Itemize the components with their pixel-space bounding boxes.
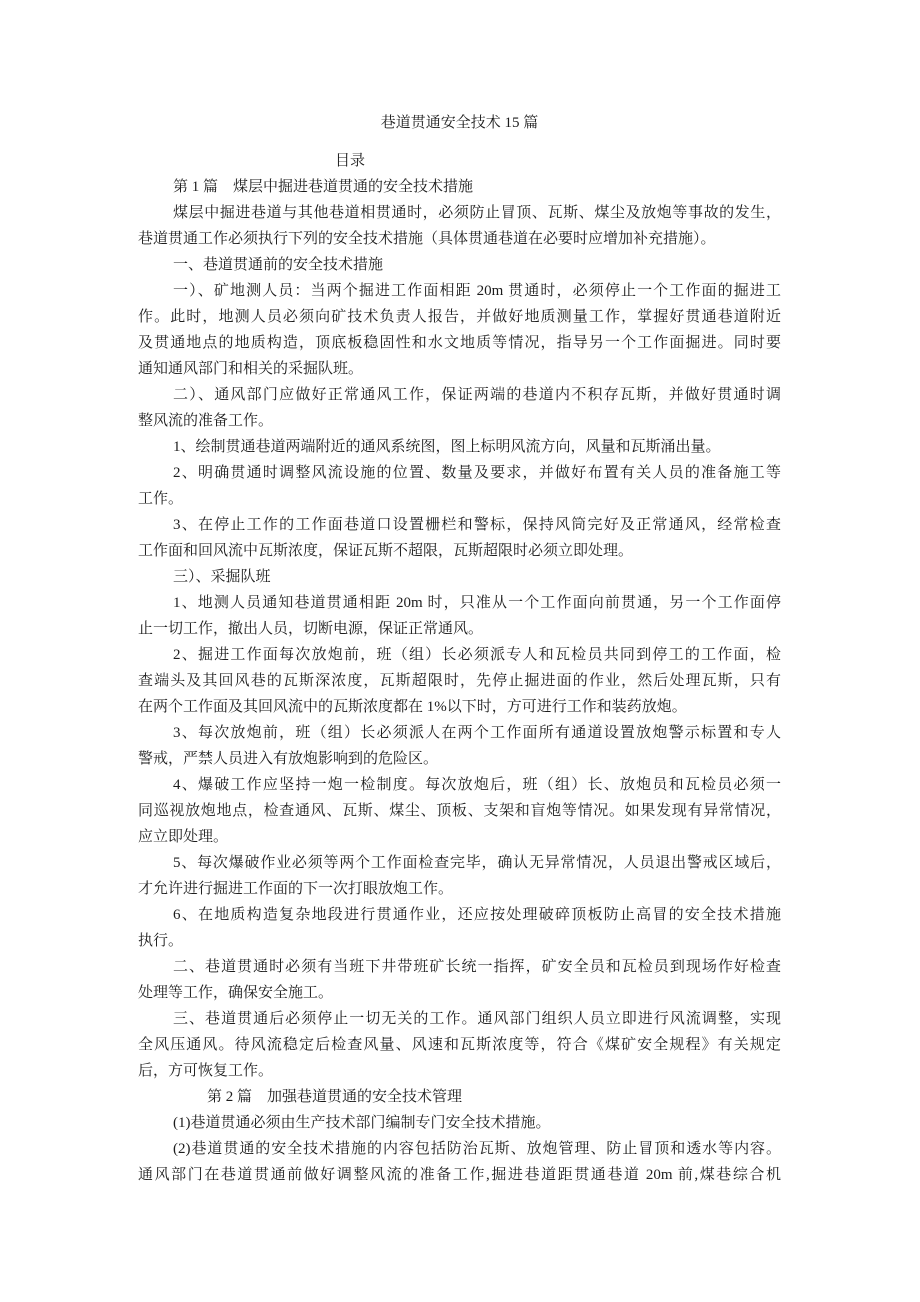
text-line-33: 处理等工作，确保安全施工。 (138, 980, 781, 1006)
text-line-9: 通知通风部门和相关的采掘队班。 (138, 356, 781, 382)
text-line-5: 一、巷道贯通前的安全技术措施 (138, 252, 781, 278)
text-line-11: 整风流的准备工作。 (138, 408, 781, 434)
text-line-25: 4、爆破工作应坚持一炮一检制度。每次放炮后，班（组）长、放炮员和瓦检员必须一 (138, 772, 781, 798)
text-line-26: 同巡视放炮地点，检查通风、瓦斯、煤尘、顶板、支架和盲炮等情况。如果发现有异常情况… (138, 798, 781, 824)
text-line-18: 1、地测人员通知巷道贯通相距 20m 时，只准从一个工作面向前贯通，另一个工作面… (138, 590, 781, 616)
text-line-22: 在两个工作面及其回风流中的瓦斯浓度都在 1%以下时，方可进行工作和装药放炮。 (138, 694, 781, 720)
text-line-6: 一）、矿地测人员：当两个掘进工作面相距 20m 贯通时，必须停止一个工作面的掘进… (138, 278, 781, 304)
text-line-19: 止一切工作，撤出人员，切断电源，保证正常通风。 (138, 616, 781, 642)
text-line-12: 1、绘制贯通巷道两端附近的通风系统图，图上标明风流方向，风量和瓦斯涌出量。 (138, 434, 781, 460)
text-line-36: 后，方可恢复工作。 (138, 1058, 781, 1084)
text-line-34: 三、巷道贯通后必须停止一切无关的工作。通风部门组织人员立即进行风流调整，实现 (138, 1006, 781, 1032)
text-line-14: 工作。 (138, 486, 781, 512)
text-line-27: 应立即处理。 (138, 824, 781, 850)
text-line-20: 2、掘进工作面每次放炮前，班（组）长必须派专人和瓦检员共同到停工的工作面，检 (138, 642, 781, 668)
text-line-7: 作。此时，地测人员必须向矿技术负责人报告，并做好地质测量工作，掌握好贯通巷道附近 (138, 304, 781, 330)
text-line-8: 及贯通地点的地质构造，顶底板稳固性和水文地质等情况，指导另一个工作面掘进。同时要 (138, 330, 781, 356)
text-line-10: 二）、通风部门应做好正常通风工作，保证两端的巷道内不积存瓦斯，并做好贯通时调 (138, 382, 781, 408)
text-line-35: 全风压通风。待风流稳定后检查风量、风速和瓦斯浓度等，符合《煤矿安全规程》有关规定 (138, 1032, 781, 1058)
document-page: 巷道贯通安全技术 15 篇 目录第 1 篇 煤层中掘进巷道贯通的安全技术措施煤层… (0, 0, 920, 1302)
document-body: 目录第 1 篇 煤层中掘进巷道贯通的安全技术措施煤层中掘进巷道与其他巷道相贯通时… (138, 148, 781, 1188)
text-line-3: 煤层中掘进巷道与其他巷道相贯通时，必须防止冒顶、瓦斯、煤尘及放炮等事故的发生， (138, 200, 781, 226)
text-line-32: 二、巷道贯通时必须有当班下井带班矿长统一指挥，矿安全员和瓦检员到现场作好检查 (138, 954, 781, 980)
text-line-15: 3、在停止工作的工作面巷道口设置栅栏和警标，保持风筒完好及正常通风，经常检查 (138, 512, 781, 538)
text-line-17: 三）、采掘队班 (138, 564, 781, 590)
text-line-40: 通风部门在巷道贯通前做好调整风流的准备工作,掘进巷道距贯通巷道 20m 前,煤巷… (138, 1162, 781, 1188)
text-line-16: 工作面和回风流中瓦斯浓度，保证瓦斯不超限，瓦斯超限时必须立即处理。 (138, 538, 781, 564)
text-line-24: 警戒，严禁人员进入有放炮影响到的危险区。 (138, 746, 781, 772)
text-line-38: (1)巷道贯通必须由生产技术部门编制专门安全技术措施。 (138, 1110, 781, 1136)
text-line-37: 第 2 篇 加强巷道贯通的安全技术管理 (138, 1084, 781, 1110)
document-title: 巷道贯通安全技术 15 篇 (138, 110, 781, 136)
document-content: 巷道贯通安全技术 15 篇 目录第 1 篇 煤层中掘进巷道贯通的安全技术措施煤层… (138, 110, 781, 1188)
text-line-28: 5、每次爆破作业必须等两个工作面检查完毕，确认无异常情况，人员退出警戒区域后， (138, 850, 781, 876)
text-line-29: 才允许进行掘进工作面的下一次打眼放炮工作。 (138, 876, 781, 902)
text-line-23: 3、每次放炮前，班（组）长必须派人在两个工作面所有通道设置放炮警示标置和专人 (138, 720, 781, 746)
text-line-2: 第 1 篇 煤层中掘进巷道贯通的安全技术措施 (138, 174, 781, 200)
text-line-1: 目录 (138, 148, 781, 174)
text-line-21: 查端头及其回风巷的瓦斯深浓度，瓦斯超限时，先停止掘进面的作业，然后处理瓦斯，只有 (138, 668, 781, 694)
text-line-39: (2)巷道贯通的安全技术措施的内容包括防治瓦斯、放炮管理、防止冒顶和透水等内容。 (138, 1136, 781, 1162)
text-line-4: 巷道贯通工作必须执行下列的安全技术措施（具体贯通巷道在必要时应增加补充措施）。 (138, 226, 781, 252)
text-line-30: 6、在地质构造复杂地段进行贯通作业，还应按处理破碎顶板防止高冒的安全技术措施 (138, 902, 781, 928)
text-line-31: 执行。 (138, 928, 781, 954)
text-line-13: 2、明确贯通时调整风流设施的位置、数量及要求，并做好布置有关人员的准备施工等 (138, 460, 781, 486)
